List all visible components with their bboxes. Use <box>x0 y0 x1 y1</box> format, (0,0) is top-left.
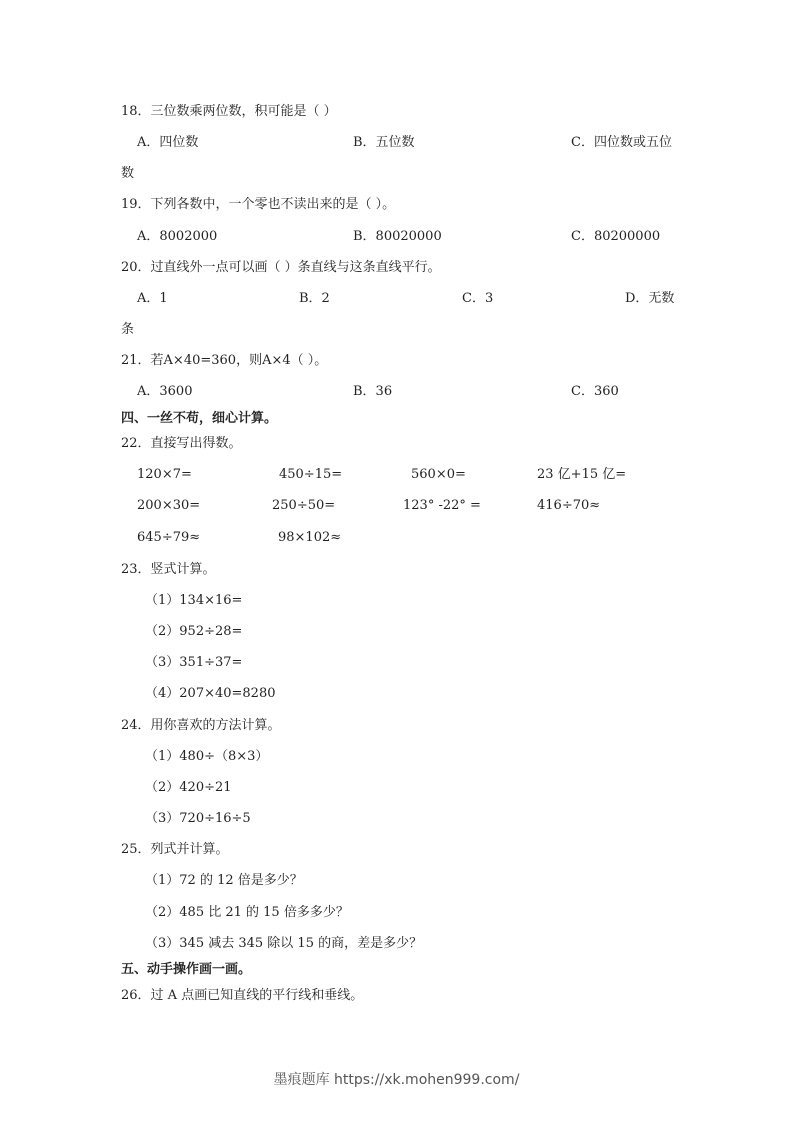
sub-item: （2）420÷21 <box>145 780 232 796</box>
question-20-option-d: D．无数 <box>625 291 674 307</box>
calc-item: 23 亿+15 亿= <box>537 467 626 483</box>
question-21-stem: 21．若A×40=360，则A×4（ ）。 <box>121 353 327 369</box>
question-20-option-c: C．3 <box>462 291 493 307</box>
question-18-option-b: B．五位数 <box>353 135 415 151</box>
question-19-option-a: A．8002000 <box>137 229 217 245</box>
question-19-option-c: C．80200000 <box>571 229 660 245</box>
question-26-stem: 26．过 A 点画已知直线的平行线和垂线。 <box>121 988 363 1004</box>
question-18-option-c-wrap: 数 <box>121 166 134 182</box>
calc-item: 416÷70≈ <box>537 498 600 514</box>
calc-item: 120×7= <box>137 467 192 483</box>
sub-item: （4）207×40=8280 <box>145 686 276 702</box>
calc-item: 200×30= <box>137 498 200 514</box>
calc-item: 450÷15= <box>279 467 342 483</box>
question-21-option-b: B．36 <box>353 384 392 400</box>
section-4-title: 四、一丝不苟，细心计算。 <box>121 411 277 427</box>
question-20-stem: 20．过直线外一点可以画（ ）条直线与这条直线平行。 <box>121 260 441 276</box>
question-20-option-a: A．1 <box>137 291 168 307</box>
calc-item: 123° -22° = <box>403 498 481 514</box>
footer-watermark: 墨痕题库 https://xk.mohen999.com/ <box>0 1071 793 1089</box>
question-21-option-c: C．360 <box>571 384 619 400</box>
sub-item: （3）345 减去 345 除以 15 的商，差是多少？ <box>145 936 422 952</box>
question-18-option-a: A．四位数 <box>137 135 198 151</box>
calc-item: 250÷50= <box>272 498 335 514</box>
sub-item: （1）72 的 12 倍是多少？ <box>145 873 303 889</box>
question-25-stem: 25．列式并计算。 <box>121 842 229 858</box>
question-21-option-a: A．3600 <box>137 384 192 400</box>
calc-item: 560×0= <box>411 467 466 483</box>
calc-item: 98×102≈ <box>278 530 341 546</box>
question-20-option-b: B．2 <box>299 291 330 307</box>
sub-item: （3）720÷16÷5 <box>145 811 251 827</box>
sub-item: （3）351÷37= <box>145 655 242 671</box>
question-22-stem: 22．直接写出得数。 <box>121 436 242 452</box>
sub-item: （1）134×16= <box>145 593 242 609</box>
question-24-stem: 24．用你喜欢的方法计算。 <box>121 718 281 734</box>
sub-item: （2）952÷28= <box>145 624 242 640</box>
question-19-stem: 19．下列各数中，一个零也不读出来的是（ ）。 <box>121 197 395 213</box>
question-23-stem: 23．竖式计算。 <box>121 562 216 578</box>
question-19-option-b: B．80020000 <box>353 229 442 245</box>
sub-item: （1）480÷（8×3） <box>145 749 268 765</box>
question-20-option-d-wrap: 条 <box>121 322 134 338</box>
calc-item: 645÷79≈ <box>137 530 200 546</box>
sub-item: （2）485 比 21 的 15 倍多多少？ <box>145 905 349 921</box>
section-5-title: 五、动手操作画一画。 <box>121 962 251 978</box>
question-18-option-c: C．四位数或五位 <box>571 135 672 151</box>
question-18-stem: 18．三位数乘两位数，积可能是（ ） <box>121 104 337 120</box>
